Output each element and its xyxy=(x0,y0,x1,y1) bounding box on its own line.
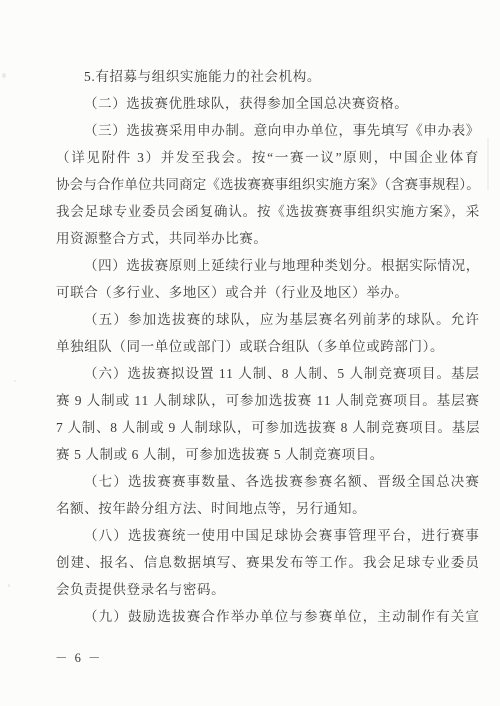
text-line: 会负责提供登录名与密码。 xyxy=(56,576,225,603)
text-line: （四）选拔赛原则上延续行业与地理种类划分。根据实际情况， xyxy=(56,252,480,279)
scan-artifact xyxy=(2,73,6,78)
text-line: 名额、按年龄分组方法、时间地点等，另行通知。 xyxy=(56,495,366,522)
text-line: 我会足球专业委员会函复确认。按《选拔赛赛事组织实施方案》，采 xyxy=(56,198,480,225)
scan-artifact xyxy=(14,380,16,382)
text-line: （二）选拔赛优胜球队，获得参加全国总决赛资格。 xyxy=(56,90,408,117)
text-line: （六）选拔赛拟设置 11 人制、8 人制、5 人制竞赛项目。基层 xyxy=(56,360,480,387)
text-line: （五）参加选拔赛的球队，应为基层赛名列前茅的球队。允许 xyxy=(56,306,480,333)
text-line: 赛 5 人制或 6 人制，可参加选拔赛 5 人制竞赛项目。 xyxy=(56,441,384,468)
page-number: － 6 － xyxy=(55,649,103,667)
document-page: 5.有招募与组织实施能力的社会机构。（二）选拔赛优胜球队，获得参加全国总决赛资格… xyxy=(0,0,500,706)
text-line: 赛 9 人制或 11 人制球队，可参加选拔赛 11 人制竞赛项目。基层赛 xyxy=(56,387,480,414)
scan-artifact xyxy=(8,584,10,587)
text-line: 创建、报名、信息数据填写、赛果发布等工作。我会足球专业委员 xyxy=(56,549,480,576)
document-body: 5.有招募与组织实施能力的社会机构。（二）选拔赛优胜球队，获得参加全国总决赛资格… xyxy=(56,63,480,630)
text-line: 协会与合作单位共同商定《选拔赛赛事组织实施方案》（含赛事规程）。 xyxy=(56,171,480,198)
text-line: （八）选拔赛统一使用中国足球协会赛事管理平台，进行赛事 xyxy=(56,522,480,549)
text-line: 7 人制、8 人制或 9 人制球队，可参加选拔赛 8 人制竞赛项目。基层 xyxy=(56,414,480,441)
scan-artifact xyxy=(487,138,489,190)
text-line: （三）选拔赛采用申办制。意向申办单位，事先填写《申办表》 xyxy=(56,117,480,144)
text-line: 单独组队（同一单位或部门）或联合组队（多单位或跨部门）。 xyxy=(56,333,444,360)
text-line: （七）选拔赛赛事数量、各选拔赛参赛名额、晋级全国总决赛 xyxy=(56,468,480,495)
text-line: 用资源整合方式，共同举办比赛。 xyxy=(56,225,268,252)
text-line: 可联合（多行业、多地区）或合并（行业及地区）举办。 xyxy=(56,279,409,306)
text-line: （九）鼓励选拔赛合作举办单位与参赛单位，主动制作有关宣 xyxy=(56,603,480,630)
text-line: （详见附件 3）并发至我会。按“一赛一议”原则，中国企业体育 xyxy=(56,144,480,171)
text-line: 5.有招募与组织实施能力的社会机构。 xyxy=(56,63,321,90)
